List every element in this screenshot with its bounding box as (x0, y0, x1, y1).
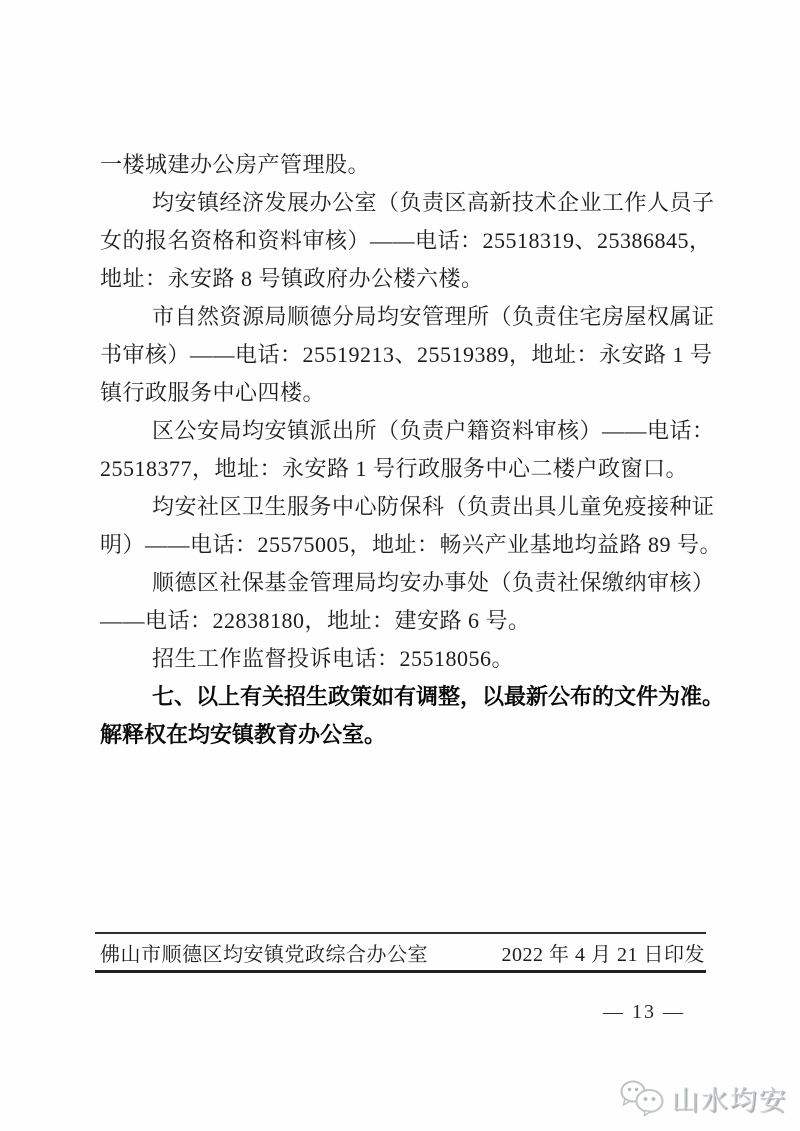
colophon: 佛山市顺德区均安镇党政综合办公室 2022 年 4 月 21 日印发 (95, 932, 706, 973)
body-line: 明）——电话：25575005，地址：畅兴产业基地均益路 89 号。 (100, 526, 716, 564)
body-line: 书审核）——电话：25519213、25519389，地址：永安路 1 号 (100, 336, 716, 374)
body-line: 解释权在均安镇教育办公室。 (100, 716, 716, 754)
body-line: ——电话：22838180，地址：建安路 6 号。 (100, 602, 716, 640)
wechat-icon (619, 1079, 665, 1117)
document-body: 一楼城建办公房产管理股。均安镇经济发展办公室（负责区高新技术企业工作人员子女的报… (100, 146, 716, 754)
body-line: 顺德区社保基金管理局均安办事处（负责社保缴纳审核） (100, 564, 716, 602)
body-line: 市自然资源局顺德分局均安管理所（负责住宅房屋权属证 (100, 298, 716, 336)
body-line: 地址：永安路 8 号镇政府办公楼六楼。 (100, 260, 716, 298)
body-line: 均安社区卫生服务中心防保科（负责出具儿童免疫接种证 (100, 488, 716, 526)
body-line: 区公安局均安镇派出所（负责户籍资料审核）——电话： (100, 412, 716, 450)
issuer-text: 佛山市顺德区均安镇党政综合办公室 (95, 938, 428, 967)
body-line: 招生工作监督投诉电话：25518056。 (100, 640, 716, 678)
body-line: 均安镇经济发展办公室（负责区高新技术企业工作人员子 (100, 184, 716, 222)
print-date-text: 2022 年 4 月 21 日印发 (502, 938, 707, 967)
watermark-account-name: 山水均安 (672, 1079, 788, 1118)
page-number: — 13 — (603, 1001, 685, 1024)
body-line: 七、以上有关招生政策如有调整，以最新公布的文件为准。 (100, 678, 716, 716)
body-line: 一楼城建办公房产管理股。 (100, 146, 716, 184)
document-page: 一楼城建办公房产管理股。均安镇经济发展办公室（负责区高新技术企业工作人员子女的报… (0, 0, 800, 1131)
body-line: 25518377，地址：永安路 1 号行政服务中心二楼户政窗口。 (100, 450, 716, 488)
watermark: 山水均安 (619, 1078, 788, 1118)
body-line: 女的报名资格和资料审核）——电话：25518319、25386845， (100, 222, 716, 260)
body-line: 镇行政服务中心四楼。 (100, 374, 716, 412)
